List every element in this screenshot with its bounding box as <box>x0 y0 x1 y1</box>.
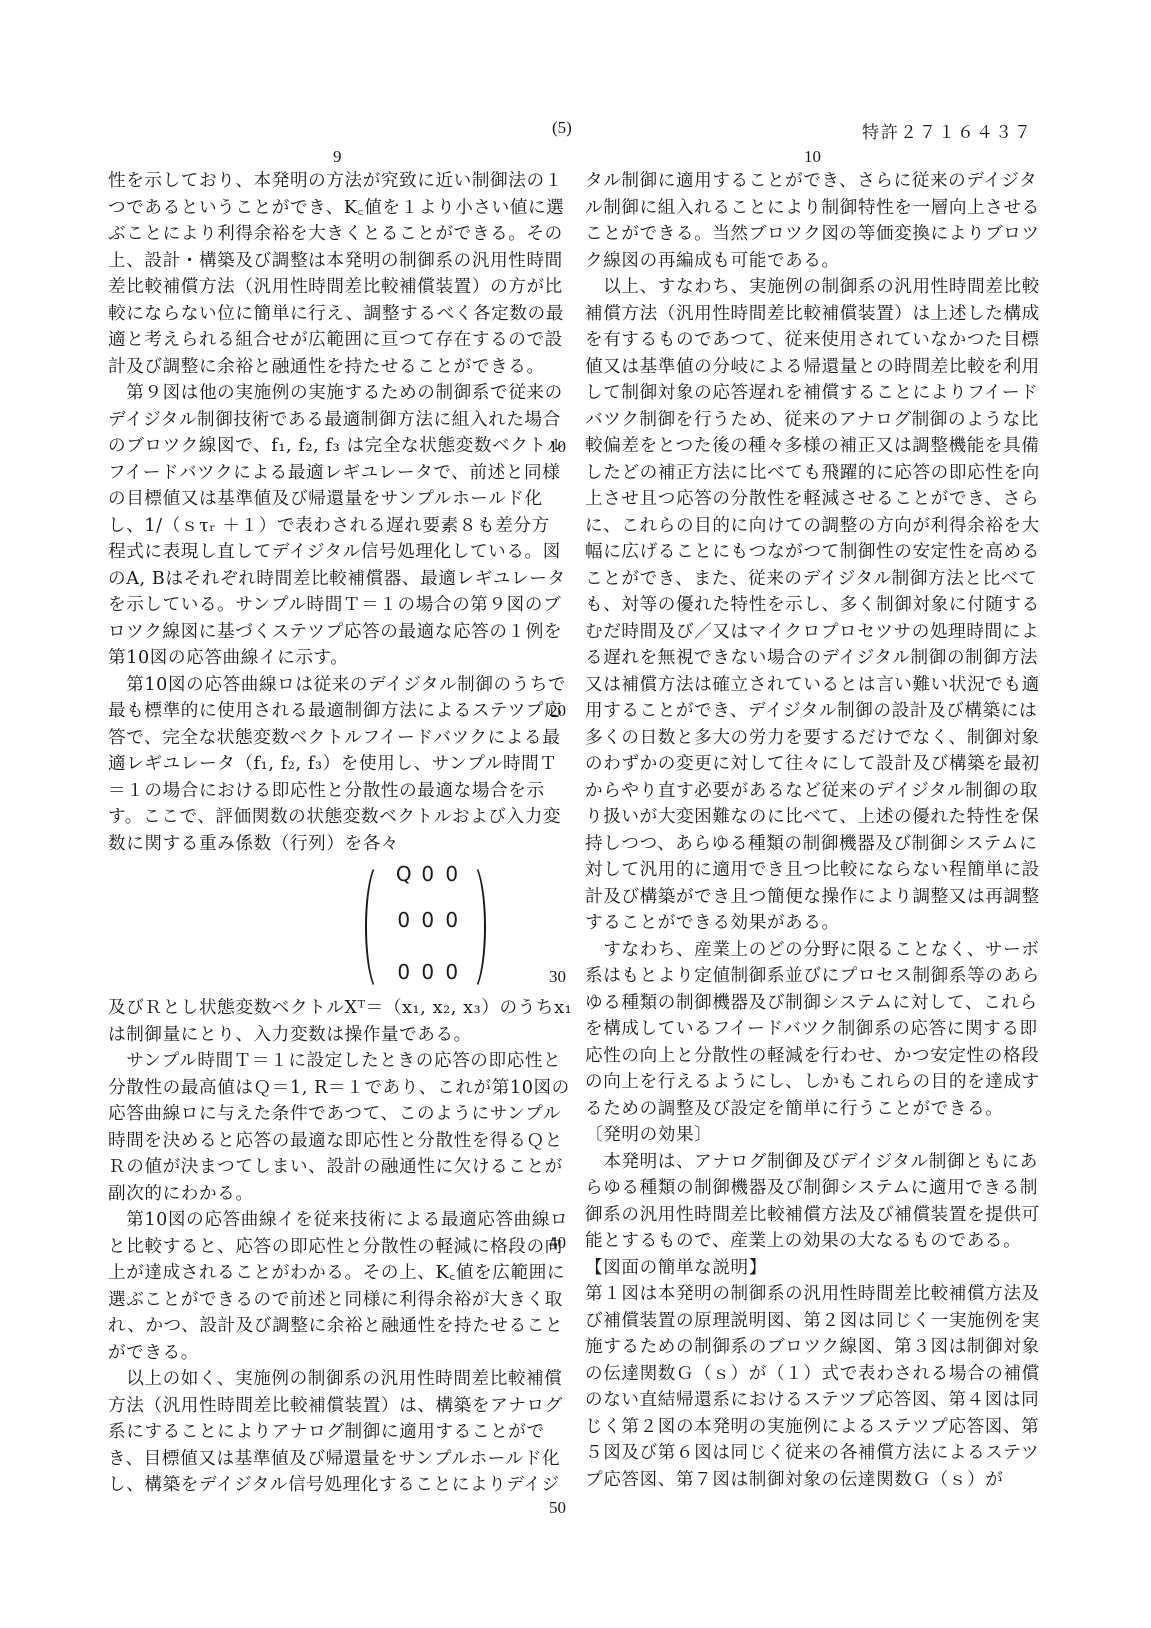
text-line: 又は補償方法は確立されているとは言い難い状況でも適 <box>585 672 1033 699</box>
text-line: ゆる種類の制御機器及び制御システムに対して、これら <box>585 990 1033 1017</box>
text-line: 第９図は他の実施例の実施するための制御系で従来の <box>108 380 556 407</box>
text-line: 応性の向上と分散性の軽減を行わせ、かつ安定性の格段 <box>585 1043 1033 1070</box>
text-line: タル制御に適用することができ、さらに従来のデイジタ <box>585 168 1033 195</box>
text-line: も、対等の優れた特性を示し、多く制御対象に付随する <box>585 592 1033 619</box>
text-line: バツク制御を行うため、従来のアナログ制御のような比 <box>585 407 1033 434</box>
text-line: 上させ且つ応答の分散性を軽減させることができ、さら <box>585 486 1033 513</box>
column-number-right: 10 <box>804 147 821 167</box>
left-column: 性を示しており、本発明の方法が究致に近い制御法の１つであるということができ、K꜀… <box>108 168 556 1499</box>
text-line: 以上の如く、実施例の制御系の汎用性時間差比較補償 <box>108 1366 556 1393</box>
text-line: 応答曲線ロに与えた条件であつて、このようにサンプル <box>108 1101 556 1128</box>
line-number: 50 <box>549 1498 566 1518</box>
text-line: の目標値又は基準値及び帰還量をサンプルホールド化 <box>108 486 556 513</box>
text-line: 性を示しており、本発明の方法が究致に近い制御法の１ <box>108 168 556 195</box>
text-line: 時間を決めると応答の最適な即応性と分散性を得るＱと <box>108 1128 556 1155</box>
matrix-cell: 0 <box>397 907 410 934</box>
text-line: 持しつつ、あらゆる種類の制御機器及び制御システムに <box>585 831 1033 858</box>
matrix-cell: 0 <box>421 907 434 934</box>
text-line: 御系の汎用性時間差比較補償方法及び補償装置を提供可 <box>585 1202 1033 1229</box>
text-line: を示している。サンプル時間Ｔ＝１の場合の第９図のブ <box>108 592 556 619</box>
text-line: に、これらの目的に向けての調整の方向が利得余裕を大 <box>585 513 1033 540</box>
text-line: き、目標値又は基準値及び帰還量をサンプルホールド化 <box>108 1446 556 1473</box>
patent-number: 特許２７１６４３７ <box>862 118 1033 143</box>
text-line: を有するものであつて、従来使用されていなかつた目標 <box>585 327 1033 354</box>
text-line: ロツク線図に基づくステツプ応答の最適な応答の１例を <box>108 619 556 646</box>
text-line: 値又は基準値の分岐による帰還量との時間差比較を利用 <box>585 354 1033 381</box>
text-line: 程式に表現し直してデイジタル信号処理化している。図 <box>108 539 556 566</box>
text-line: すなわち、産業上のどの分野に限ることなく、サーボ <box>585 937 1033 964</box>
text-line: むだ時間及び／又はマイクロプロセツサの処理時間によ <box>585 619 1033 646</box>
text-line: れ、かつ、設計及び調整に余裕と融通性を持たせること <box>108 1313 556 1340</box>
text-line: 計及び調整に余裕と融通性を持たせることができる。 <box>108 354 556 381</box>
text-line: 第10図の応答曲線ロは従来のデイジタル制御のうちで <box>108 672 556 699</box>
text-line: 多くの日数と多大の労力を要するだけでなく、制御対象 <box>585 725 1033 752</box>
text-line: と比較すると、応答の即応性と分散性の軽減に格段の向 <box>108 1234 556 1261</box>
text-line: のない直結帰還系におけるステツプ応答図、第４図は同 <box>585 1387 1033 1414</box>
text-line: 〔発明の効果〕 <box>585 1122 1033 1149</box>
text-line: 方法（汎用性時間差比較補償装置）は、構築をアナログ <box>108 1393 556 1420</box>
text-line: のわずかの変更に対して往々にして設計及び構築を最初 <box>585 751 1033 778</box>
text-line: 最も標準的に使用される最適制御方法によるステツプ応 <box>108 698 556 725</box>
text-line: 及びＲとし状態変数ベクトルXᵀ＝（x₁, x₂, x₃）のうちx₁ <box>108 995 556 1022</box>
text-line: 系にすることによりアナログ制御に適用することがで <box>108 1419 556 1446</box>
text-line: 能とするもので、産業上の効果の大なるものである。 <box>585 1228 1033 1255</box>
text-line: ５図及び第６図は同じく従来の各補償方法によるステツ <box>585 1440 1033 1467</box>
text-line: び補償装置の原理説明図、第２図は同じく一実施例を実 <box>585 1308 1033 1335</box>
matrix-cell: 0 <box>445 959 458 986</box>
text-line: の伝達関数Ｇ（ｓ）が（１）式で表わされる場合の補償 <box>585 1361 1033 1388</box>
text-line: プ応答図、第７図は制御対象の伝達関数Ｇ（ｓ）が <box>585 1467 1033 1494</box>
text-line: 以上、すなわち、実施例の制御系の汎用性時間差比較 <box>585 274 1033 301</box>
text-line: デイジタル制御技術である最適制御方法に組入れた場合 <box>108 407 556 434</box>
column-number-left: 9 <box>333 147 342 167</box>
text-line: 第10図の応答曲線イを従来技術による最適応答曲線ロ <box>108 1207 556 1234</box>
matrix-cell: 0 <box>421 861 434 888</box>
text-line: 対して汎用的に適用でき且つ比較にならない程簡単に設 <box>585 857 1033 884</box>
text-line: ク線図の再編成も可能である。 <box>585 248 1033 275</box>
text-line: することができる効果がある。 <box>585 910 1033 937</box>
text-line: して制御対象の応答遅れを補償することによりフイード <box>585 380 1033 407</box>
text-line: を構成しているフイードバツク制御系の応答に関する即 <box>585 1016 1033 1043</box>
text-line: 幅に広げることにもつながつて制御性の安定性を高める <box>585 539 1033 566</box>
text-line: し、構築をデイジタル信号処理化することによりデイジ <box>108 1472 556 1499</box>
text-line: 数に関する重み係数（行列）を各々 <box>108 831 556 858</box>
right-column: タル制御に適用することができ、さらに従来のデイジタル制御に組入れることにより制御… <box>585 168 1033 1493</box>
matrix-cell: 0 <box>397 959 410 986</box>
text-line: 適と考えられる組合せが広範囲に亘つて存在するので設 <box>108 327 556 354</box>
left-column-text-b: 及びＲとし状態変数ベクトルXᵀ＝（x₁, x₂, x₃）のうちx₁は制御量にとり… <box>108 995 556 1499</box>
text-line: 上が達成されることがわかる。その上、K꜀値を広範囲に <box>108 1260 556 1287</box>
text-line: 上、設計・構築及び調整は本発明の制御系の汎用性時間 <box>108 248 556 275</box>
page-marker: (5) <box>552 118 572 138</box>
text-line: Ｒの値が決まつてしまい、設計の融通性に欠けることが <box>108 1154 556 1181</box>
text-line: 本発明は、アナログ制御及びデイジタル制御ともにあ <box>585 1149 1033 1176</box>
matrix-left-paren <box>365 861 395 993</box>
text-line: り扱いが大変困難なのに比べて、上述の優れた特性を保 <box>585 804 1033 831</box>
text-line: ができる。 <box>108 1340 556 1367</box>
text-line: 【図面の簡単な説明】 <box>585 1255 1033 1282</box>
text-line: 施するための制御系のブロツク線図、第３図は制御対象 <box>585 1334 1033 1361</box>
weight-matrix: Q00000000 <box>108 857 556 995</box>
text-line: 答で、完全な状態変数ベクトルフイードバツクによる最 <box>108 725 556 752</box>
text-line: 分散性の最高値はＱ＝1, R＝１であり、これが第10図の <box>108 1075 556 1102</box>
text-line: 差比較補償方法（汎用性時間差比較補償装置）の方が比 <box>108 274 556 301</box>
right-column-text: タル制御に適用することができ、さらに従来のデイジタル制御に組入れることにより制御… <box>585 168 1033 1493</box>
text-line: 副次的にわかる。 <box>108 1181 556 1208</box>
text-line: ことができる。当然ブロツク図の等価変換によりブロツ <box>585 221 1033 248</box>
text-line: ことができ、また、従来のデイジタル制御方法と比べて <box>585 566 1033 593</box>
matrix-cell: Q <box>396 861 412 888</box>
text-line: フイードバツクによる最適レギユレータで、前述と同様 <box>108 460 556 487</box>
text-line: るための調整及び設定を簡単に行うことができる。 <box>585 1096 1033 1123</box>
text-line: じく第２図の本発明の実施例によるステツプ応答図、第 <box>585 1414 1033 1441</box>
text-line: ル制御に組入れることにより制御特性を一層向上させる <box>585 195 1033 222</box>
text-line: し、1/（ｓτᵣ ＋１）で表わされる遅れ要素８も差分方 <box>108 513 556 540</box>
matrix-cell: 0 <box>421 959 434 986</box>
text-line: らゆる種類の制御機器及び制御システムに適用できる制 <box>585 1175 1033 1202</box>
text-line: 第１図は本発明の制御系の汎用性時間差比較補償方法及 <box>585 1281 1033 1308</box>
text-line: の向上を行えるようにし、しかもこれらの目的を達成す <box>585 1069 1033 1096</box>
text-line: 計及び構築ができ且つ簡便な操作により調整又は再調整 <box>585 884 1033 911</box>
matrix-cell: 0 <box>445 861 458 888</box>
text-line: は制御量にとり、入力変数は操作量である。 <box>108 1022 556 1049</box>
text-line: つであるということができ、K꜀値を１より小さい値に選 <box>108 195 556 222</box>
matrix-right-paren <box>456 861 486 993</box>
text-line: サンプル時間Ｔ＝１に設定したときの応答の即応性と <box>108 1048 556 1075</box>
left-column-text-a: 性を示しており、本発明の方法が究致に近い制御法の１つであるということができ、K꜀… <box>108 168 556 857</box>
text-line: 補償方法（汎用性時間差比較補償装置）は上述した構成 <box>585 301 1033 328</box>
text-line: ぶことにより利得余裕を大きくとることができる。その <box>108 221 556 248</box>
text-line: したどの補正方法に比べても飛躍的に応答の即応性を向 <box>585 460 1033 487</box>
text-line: 系はもとより定値制御系並びにプロセス制御系等のあら <box>585 963 1033 990</box>
text-line: のA, Bはそれぞれ時間差比較補償器、最適レギユレータ <box>108 566 556 593</box>
text-line: 選ぶことができるので前述と同様に利得余裕が大きく取 <box>108 1287 556 1314</box>
text-line: 較にならない位に簡単に行え、調整するべく各定数の最 <box>108 301 556 328</box>
text-line: す。ここで、評価関数の状態変数ベクトルおよび入力変 <box>108 804 556 831</box>
text-line: 較偏差をとつた後の種々多様の補正又は調整機能を具備 <box>585 433 1033 460</box>
text-line: のブロツク線図で、f₁, f₂, f₃ は完全な状態変数ベクトル <box>108 433 556 460</box>
text-line: 適レギユレータ（f₁, f₂, f₃）を使用し、サンプル時間Ｔ <box>108 751 556 778</box>
text-line: 第10図の応答曲線イに示す。 <box>108 645 556 672</box>
text-line: ＝１の場合における即応性と分散性の最適な場合を示 <box>108 778 556 805</box>
text-line: る遅れを無視できない場合のデイジタル制御の制御方法 <box>585 645 1033 672</box>
text-line: からやり直す必要があるなど従来のデイジタル制御の取 <box>585 778 1033 805</box>
text-line: 用することができ、デイジタル制御の設計及び構築には <box>585 698 1033 725</box>
